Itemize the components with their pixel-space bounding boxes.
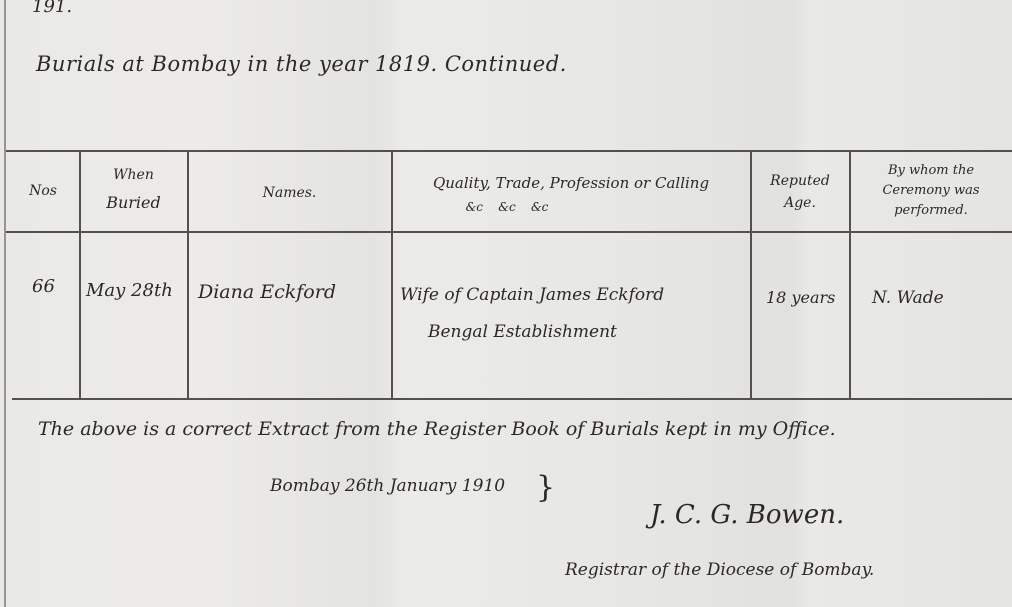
signatory-role: Registrar of the Diocese of Bombay. <box>565 560 874 580</box>
header-reputed-age-line1: Reputed <box>751 170 849 192</box>
header-when-buried-line2: Buried <box>80 192 187 214</box>
entry-burial-date: May 28th <box>86 280 173 301</box>
entry-name: Diana Eckford <box>198 281 336 303</box>
certification-statement: The above is a correct Extract from the … <box>38 418 836 440</box>
header-reputed-age-line2: Age. <box>751 192 849 214</box>
signature: J. C. G. Bowen. <box>650 500 844 530</box>
table-top-border <box>6 150 1012 152</box>
document-title: Burials at Bombay in the year 1819. Cont… <box>36 52 567 76</box>
page-edge <box>4 0 6 607</box>
entry-age: 18 years <box>766 288 835 307</box>
header-nos: Nos <box>18 180 68 202</box>
page-number: 191. <box>32 0 72 17</box>
entry-number: 66 <box>32 276 55 297</box>
header-ceremony-line1: By whom the <box>850 160 1012 182</box>
entry-ceremony-by: N. Wade <box>872 288 944 308</box>
header-quality-etc: &c &c &c <box>392 196 622 218</box>
entry-quality-line2: Bengal Establishment <box>428 322 617 342</box>
header-names: Names. <box>188 182 391 204</box>
header-bottom-border <box>6 231 1012 233</box>
brace-mark: } <box>536 470 555 505</box>
place-and-date: Bombay 26th January 1910 <box>270 476 505 496</box>
table-bottom-border <box>12 398 1012 400</box>
header-quality: Quality, Trade, Profession or Calling <box>392 172 750 194</box>
header-ceremony-line3: performed. <box>850 200 1012 222</box>
column-divider <box>79 150 81 398</box>
header-when-buried-line1: When <box>80 164 187 186</box>
entry-quality-line1: Wife of Captain James Eckford <box>400 285 664 305</box>
header-ceremony-line2: Ceremony was <box>850 180 1012 202</box>
